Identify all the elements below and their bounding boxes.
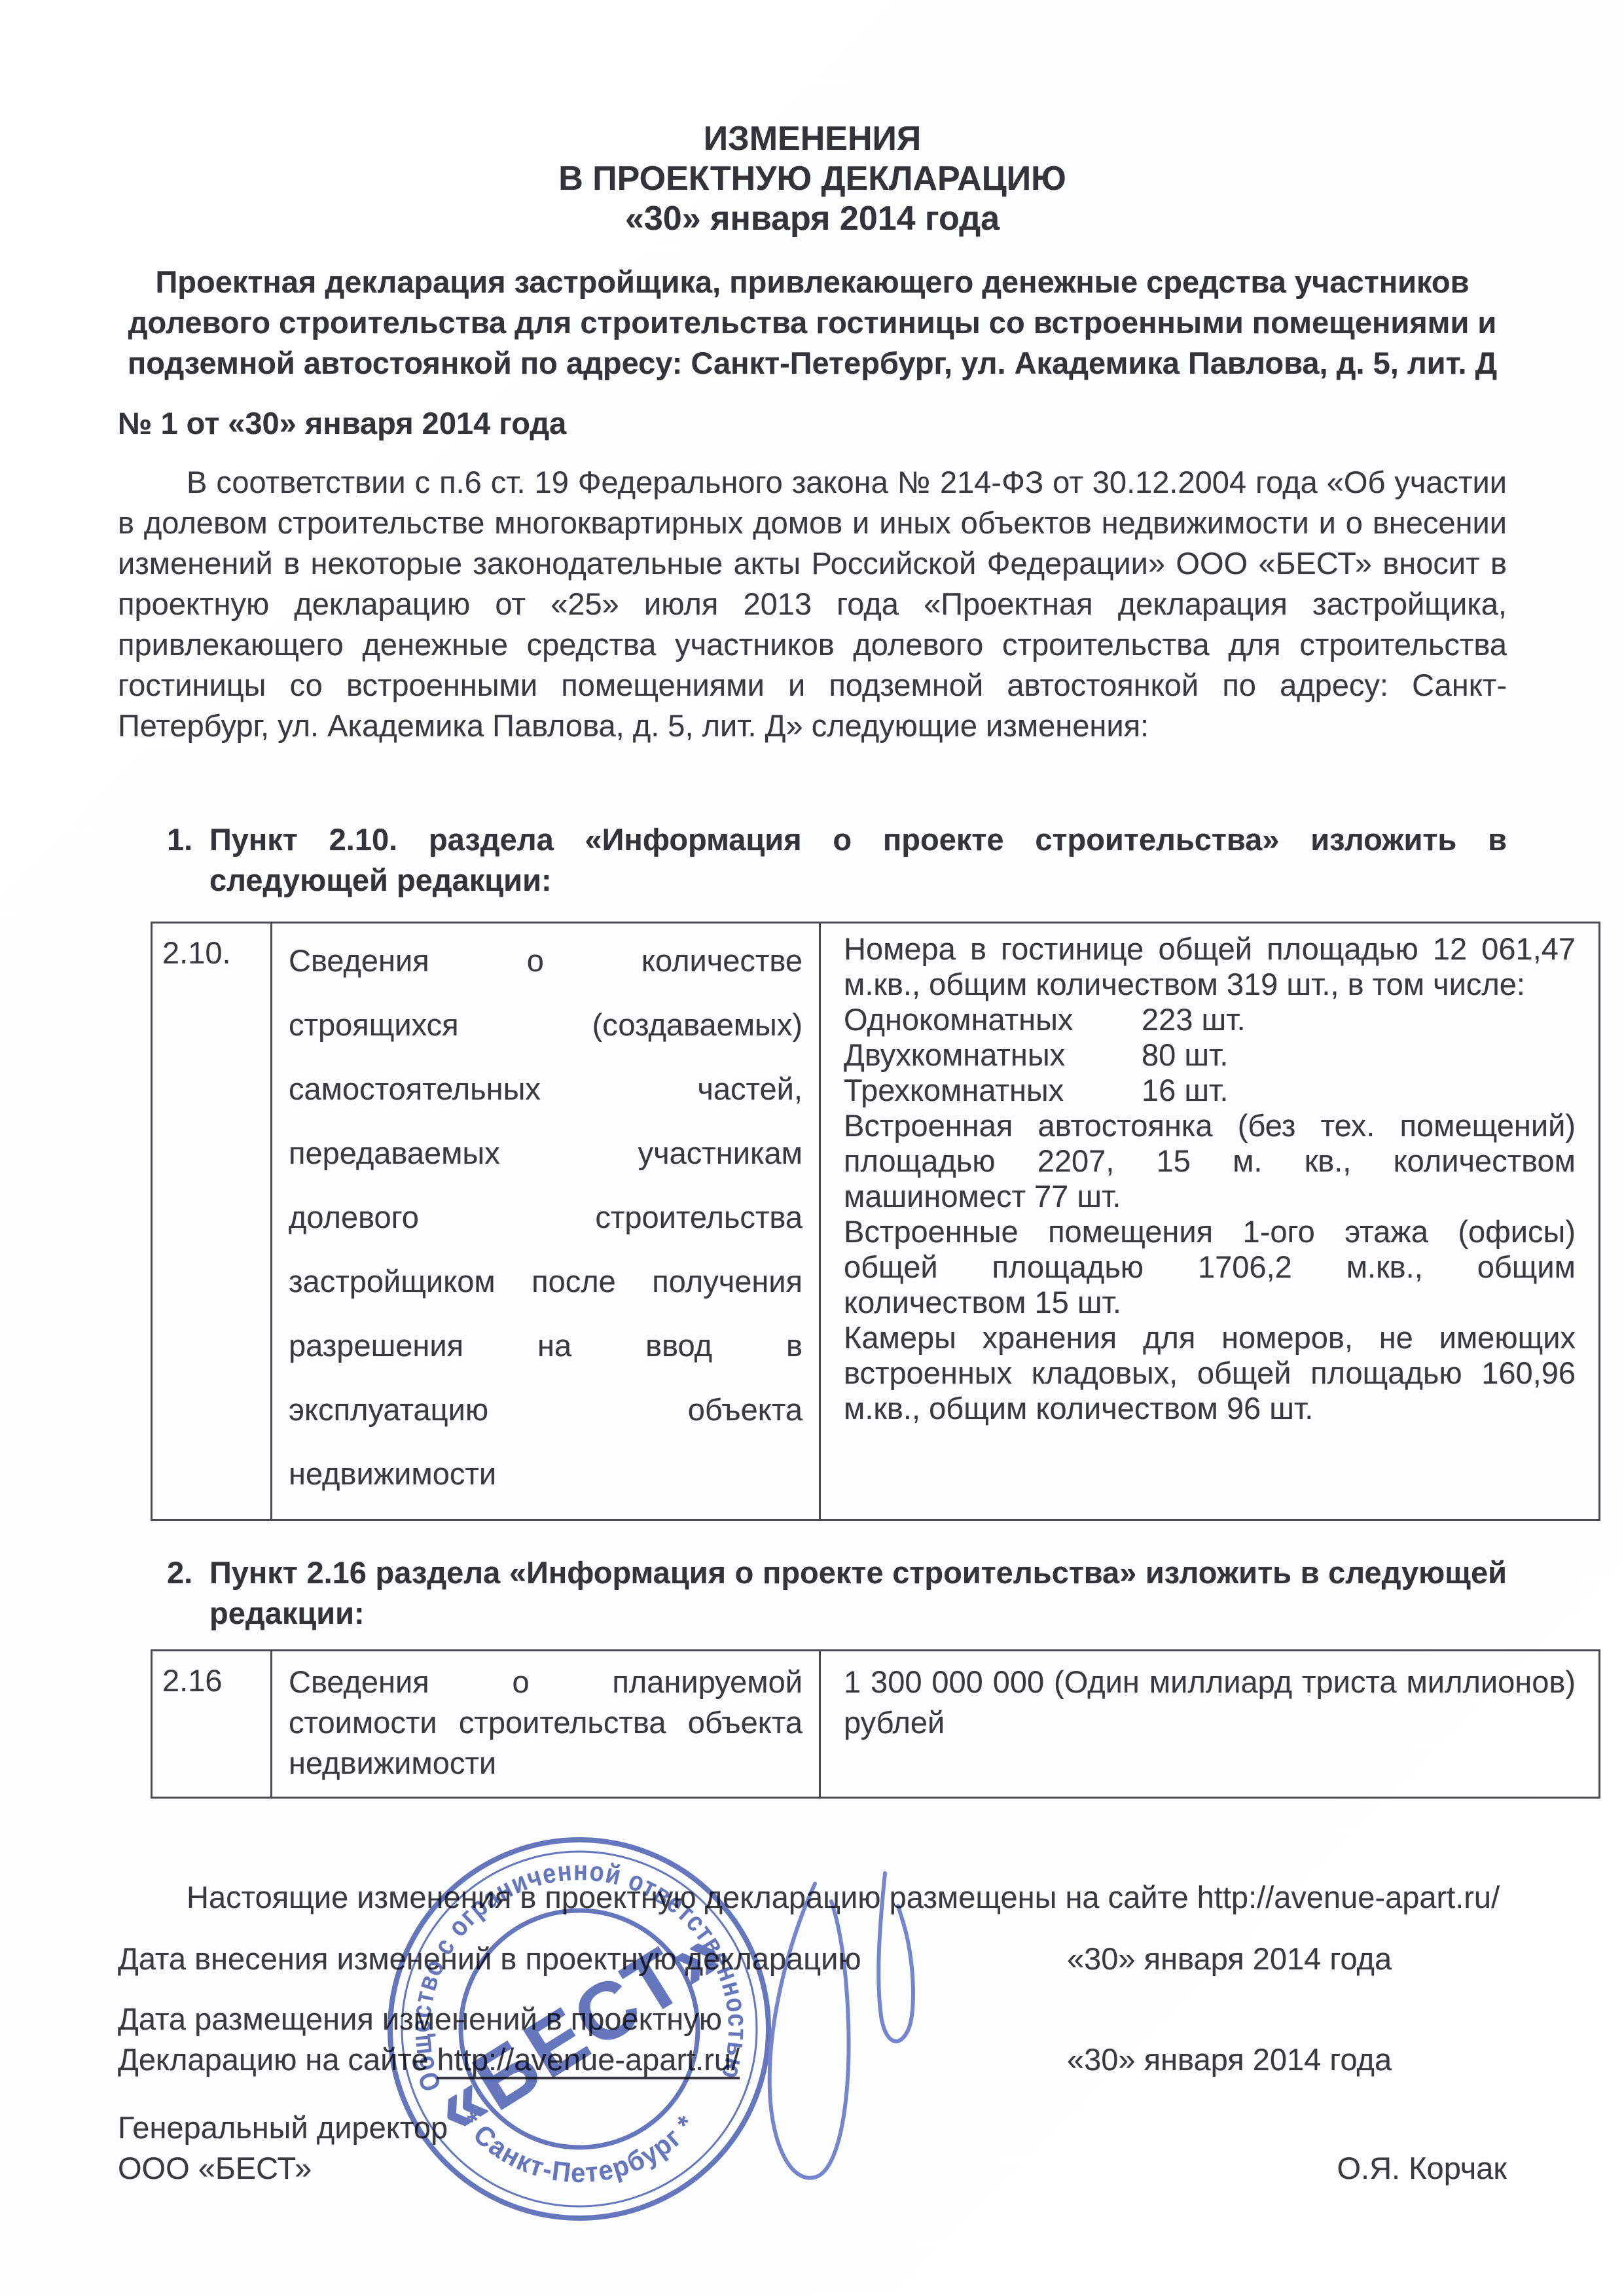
publication-site-url: http://avenue-apart.ru/ [437,2042,740,2077]
director-company: ООО «БЕСТ» [118,2148,312,2189]
amendment-item-1: 1. Пункт 2.10. раздела «Информация о про… [118,819,1507,901]
clause-2-16-parameter-cell: Сведения о планируемой стоимости строите… [272,1651,820,1798]
table-row: 2.10. Сведения о количестве строящихся (… [152,923,1600,1520]
table-row: 2.16 Сведения о планируемой стоимости ст… [152,1651,1600,1798]
amendment-1-number: 1. [167,819,209,901]
hotel-rooms-total: Номера в гостинице общей площадью 12 061… [844,931,1576,1002]
signature-block: Генеральный директор ООО «БЕСТ» О.Я. Кор… [118,2108,1507,2189]
storage-info: Камеры хранения для номеров, не имеющих … [844,1320,1576,1426]
date-of-publication-label-line1: Дата размещения изменений в проектную [118,1999,1507,2039]
parking-info: Встроенная автостоянка (без тех. помещен… [844,1108,1576,1214]
publication-site-prefix: Декларацию на сайте [118,2042,437,2077]
title-line-1: ИЗМЕНЕНИЯ [118,119,1507,159]
date-of-publication-row: Дата размещения изменений в проектную Де… [118,1999,1507,2080]
clause-2-10-parameter-cell: Сведения о количестве строящихся (создав… [272,923,820,1520]
clause-2-16-value-cell: 1 300 000 000 (Один миллиард триста милл… [820,1651,1600,1798]
publication-note: Настоящие изменения в проектную декларац… [118,1877,1507,1918]
offices-info: Встроенные помещения 1-ого этажа (офисы)… [844,1214,1576,1320]
room-type-label: Трехкомнатных [844,1073,1142,1108]
date-of-changes-label: Дата внесения изменений в проектную декл… [118,1941,861,1976]
room-type-label: Однокомнатных [844,1002,1142,1037]
table-clause-2-10: 2.10. Сведения о количестве строящихся (… [151,922,1600,1521]
clause-2-16-number-cell: 2.16 [152,1651,272,1798]
intro-paragraph: В соответствии с п.6 ст. 19 Федерального… [118,462,1507,746]
scanned-document-page: ИЗМЕНЕНИЯ В ПРОЕКТНУЮ ДЕКЛАРАЦИЮ «30» ян… [0,0,1624,2296]
amendment-2-text: Пункт 2.16 раздела «Информация о проекте… [209,1552,1507,1634]
room-count-row: Трехкомнатных 16 шт. [844,1073,1576,1108]
director-title: Генеральный директор [118,2108,1507,2148]
director-name: О.Я. Корчак [1337,2148,1507,2189]
clause-2-10-value-cell: Номера в гостинице общей площадью 12 061… [820,923,1600,1520]
table-clause-2-16: 2.16 Сведения о планируемой стоимости ст… [151,1649,1600,1799]
date-of-changes-value: «30» января 2014 года [1067,1939,1392,1979]
date-of-publication-value: «30» января 2014 года [1067,2039,1392,2080]
amendment-item-2: 2. Пункт 2.16 раздела «Информация о прое… [118,1552,1507,1634]
clause-2-10-number-cell: 2.10. [152,923,272,1520]
room-count-row: Однокомнатных 223 шт. [844,1002,1576,1037]
room-count-value: 223 шт. [1142,1002,1246,1037]
document-number-line: № 1 от «30» января 2014 года [118,403,1507,444]
amendment-1-text: Пункт 2.10. раздела «Информация о проект… [209,819,1507,901]
director-company-row: ООО «БЕСТ» О.Я. Корчак [118,2148,1507,2189]
date-of-changes-row: Дата внесения изменений в проектную декл… [118,1939,1507,1979]
title-line-2: В ПРОЕКТНУЮ ДЕКЛАРАЦИЮ [118,159,1507,199]
amendment-2-number: 2. [167,1552,209,1634]
room-count-row: Двухкомнатных 80 шт. [844,1037,1576,1073]
room-count-value: 16 шт. [1142,1073,1228,1108]
room-count-value: 80 шт. [1142,1037,1228,1073]
document-subtitle: Проектная декларация застройщика, привле… [118,262,1507,384]
room-type-label: Двухкомнатных [844,1037,1142,1073]
document-title: ИЗМЕНЕНИЯ В ПРОЕКТНУЮ ДЕКЛАРАЦИЮ «30» ян… [118,119,1507,239]
document-content: ИЗМЕНЕНИЯ В ПРОЕКТНУЮ ДЕКЛАРАЦИЮ «30» ян… [118,0,1507,2189]
title-date-line: «30» января 2014 года [118,199,1507,239]
